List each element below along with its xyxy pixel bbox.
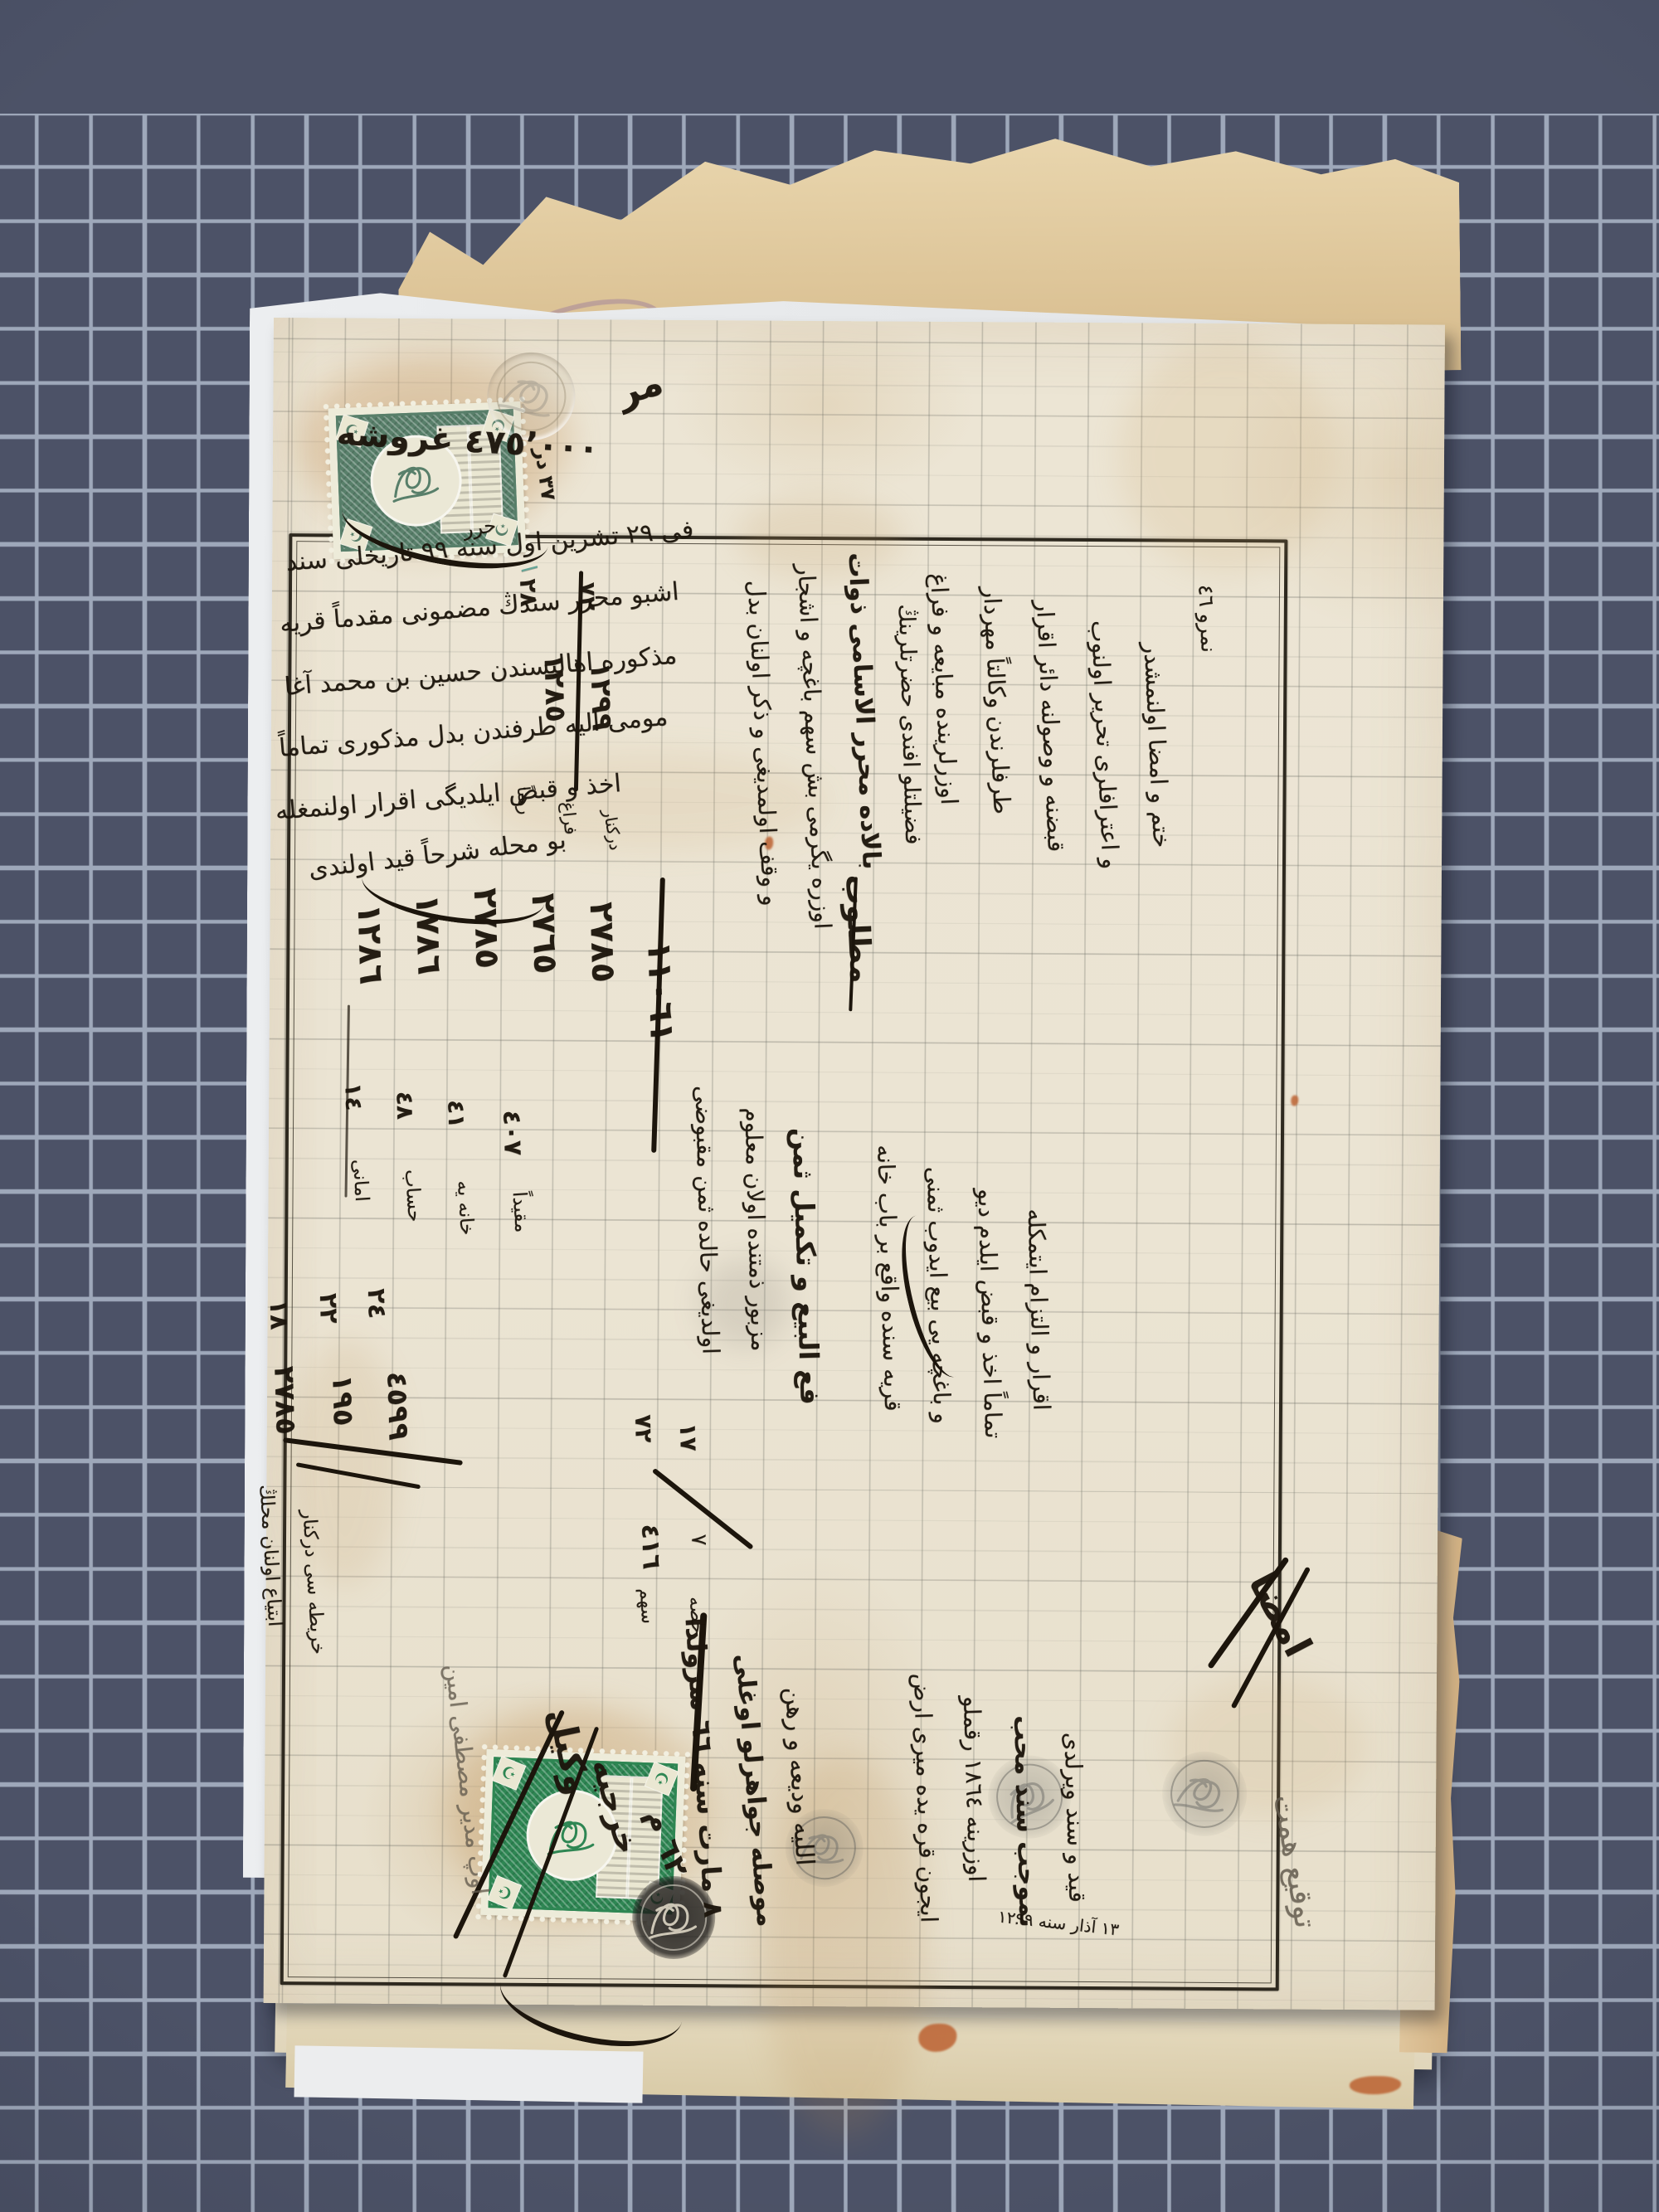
script-line: ٤٨ <box>391 1091 419 1120</box>
script-line: ١٤ <box>339 1082 367 1111</box>
script-line: مزبور ذمتنده اولان معلوم <box>739 1107 773 1352</box>
script-line: ٦٢ م <box>639 1805 693 1881</box>
script-line: ٢٢ <box>314 1293 343 1325</box>
script-line: اوپ مدير مصطفى امين <box>440 1662 494 1896</box>
script-line: قريه سنده واقع بر باب خانه <box>872 1145 907 1412</box>
script-line: ١٩٥ <box>325 1374 360 1427</box>
script-line: ١٧ <box>674 1422 703 1451</box>
script-line: ٢٧٨٥ <box>466 887 507 970</box>
script-line: الليه وديعه و رهن <box>779 1686 820 1866</box>
script-line: ٧٢ <box>630 1414 658 1443</box>
script-line: ٢٧٦٥ <box>524 892 565 975</box>
script-line: اوزرينه ١٨٦٤ رقملو <box>958 1695 990 1882</box>
script-line: ١٢٨٥ <box>538 653 572 722</box>
script-line: ٢٧٨٥ <box>267 1365 302 1435</box>
script-line: بالاده محرر الاسامى ذوات <box>842 552 886 869</box>
script-line: خرجيه <box>585 1755 646 1859</box>
script-line: اقرار و التزام ايتمكله <box>1022 1208 1055 1411</box>
handwriting-layer: فى ٢٩ تشرين اول سنه ٩٩ تاريخلى سنداشبو م… <box>264 318 1445 2010</box>
script-line: فضيلتلو افندى حضرتلرينڭ <box>893 604 926 845</box>
script-line: سهم <box>635 1587 659 1625</box>
script-line: مطلوب <box>839 873 878 984</box>
script-line: نمرو ٤٦ <box>1194 584 1221 653</box>
script-line: درکنار <box>600 808 626 852</box>
script-line: ٢٤ <box>362 1288 392 1320</box>
script-line: حرر <box>462 513 498 541</box>
script-line: اشبو محرر سندڭ مضمونى مقدماً قريه <box>279 577 680 639</box>
script-line: بو محله شرحاً قيد اولندى <box>307 825 567 884</box>
script-line: قبضنه و وصولنه دائر اقرار <box>1031 600 1070 853</box>
ottoman-document-page: ☪☪☪☪☪☪☪☪ فى ٢٩ تشرين اول سنه ٩٩ تاريخلى … <box>264 318 1445 2010</box>
script-line: ١٢٨٦ <box>350 903 391 985</box>
script-line: ١٣ آذار سنه ١٢٩٩ <box>997 1906 1120 1939</box>
script-line: و وقف اولمديغى و ذكر اولنان بدل <box>742 580 785 907</box>
script-line: امضا <box>1240 1564 1321 1664</box>
script-line: ٤١ <box>442 1099 470 1128</box>
bottom-under-sheet-white <box>294 2045 643 2103</box>
script-line: مر <box>612 361 669 415</box>
script-line: مقيداً <box>508 1191 533 1233</box>
script-line: حساب <box>401 1169 426 1223</box>
script-line: ٧٢ <box>573 581 601 610</box>
script-line: خانه يه <box>453 1179 478 1236</box>
script-line: موصله جواهرلو اوغلى <box>729 1653 781 1928</box>
script-line: ٢٧٨٥ <box>582 902 623 984</box>
script-line: مذكوره اهاليسندن حسين بن محمد آغا <box>283 641 678 702</box>
script-line: ١٢٩٩ <box>583 662 618 732</box>
script-line: ١٨ <box>264 1299 294 1330</box>
script-line: رهناً <box>513 785 536 815</box>
script-line: ٤٧٥٬٠٠٠ غروشه <box>336 414 600 467</box>
script-line: اوزره يگرمى بش سهم باغچه و اشجار <box>792 563 836 930</box>
script-line: امانى <box>348 1159 372 1203</box>
script-line: بموجب سند محب <box>1008 1715 1043 1928</box>
script-line: ٢٨ <box>514 578 542 607</box>
script-line: طرفلرندن وكالتاً مهردار <box>978 586 1016 814</box>
script-line: فراغ <box>558 800 581 835</box>
script-line: قيد و سند ويرلدى <box>1059 1732 1092 1903</box>
script-line: ١١٠٦١ <box>640 941 680 1043</box>
script-line: ٤٥٩٩ <box>380 1371 415 1441</box>
script-line: تماماً اخذ و قبض ايلدم ديو <box>973 1188 1008 1438</box>
script-line: ٨ مارت سنه ٦٦ سرولدا <box>679 1616 730 1918</box>
script-line: فع البيع و تكميل ثمن <box>786 1127 826 1405</box>
script-line: خريطه سى درکنار <box>298 1509 328 1655</box>
script-line: توقيع همت <box>1267 1792 1323 1931</box>
photo-canvas: ☪☪☪☪☪☪☪☪ فى ٢٩ تشرين اول سنه ٩٩ تاريخلى … <box>0 0 1659 2212</box>
script-line: ٤١٦ <box>635 1524 666 1570</box>
script-line: ختم و امضا اولنمشدر <box>1139 642 1175 848</box>
script-line: اولديغى حالده ثمن مقبوضى <box>689 1085 724 1354</box>
script-line: و اعترافلرى تحرير اولنوب <box>1086 620 1125 869</box>
script-line: ٧ <box>686 1534 711 1546</box>
script-line: اوزرلرينده مبايعه و فراغ <box>925 572 963 805</box>
script-line: ا <box>515 563 541 576</box>
script-line: وكيل <box>541 1704 598 1798</box>
script-line: و باغچه يى بيع ايدوب ثمنى <box>922 1166 956 1424</box>
script-line: ايجون قره يده ميرى ارض <box>908 1673 943 1923</box>
script-line: ١٧٨٦ <box>408 893 449 975</box>
script-line: ٤٠٧ <box>497 1110 528 1156</box>
